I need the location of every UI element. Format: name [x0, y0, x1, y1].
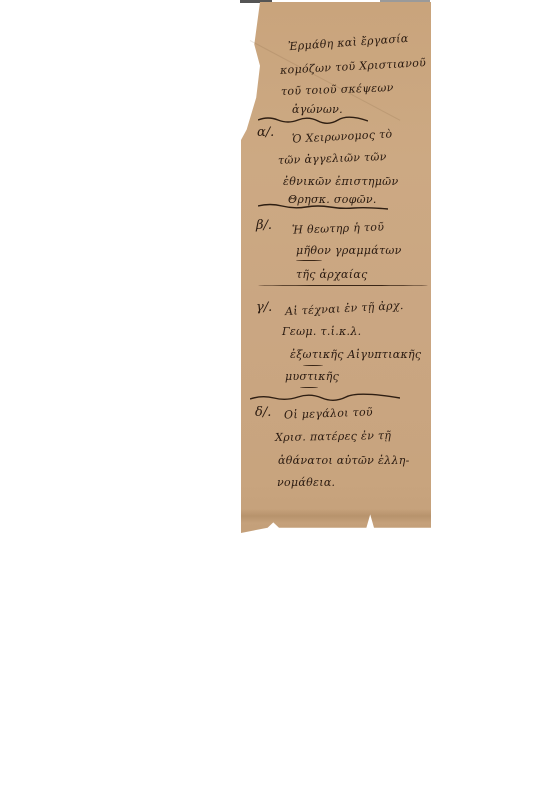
handwritten-line: ἀθάνατοι αὐτῶν ἑλλη-: [278, 454, 410, 467]
handwritten-line: νομάθεια.: [277, 476, 335, 489]
underline: [296, 260, 322, 261]
separator-line: [258, 285, 428, 286]
underline: [303, 365, 323, 366]
document-page: Ἐρμάθη καὶ ἔργασία κομόζων τοῦ Χριστιανο…: [0, 0, 549, 800]
separator-wavy-line: [258, 115, 368, 125]
separator-wavy-line: [250, 393, 400, 403]
handwritten-line: τῆς ἀρχαίας: [296, 268, 368, 281]
handwritten-line: ἐθνικῶν ἐπιστημῶν: [283, 175, 398, 188]
section-number: δ/.: [255, 405, 271, 420]
section-number: β/.: [256, 218, 272, 233]
underline: [300, 387, 318, 388]
handwritten-line: ἐξωτικῆς Αἰγυπτιακῆς: [290, 348, 421, 361]
handwritten-line: μυστικῆς: [285, 370, 339, 383]
section-number: γ/.: [256, 300, 272, 315]
handwritten-line: μῆθον γραμμάτων: [296, 244, 402, 257]
separator-wavy-line: [258, 202, 388, 212]
handwritten-line: Χρισ. πατέρες ἐν τῇ: [275, 429, 391, 444]
section-number: α/.: [257, 125, 274, 140]
handwritten-line: Γεωμ. τ.ἱ.κ.λ.: [282, 325, 361, 338]
